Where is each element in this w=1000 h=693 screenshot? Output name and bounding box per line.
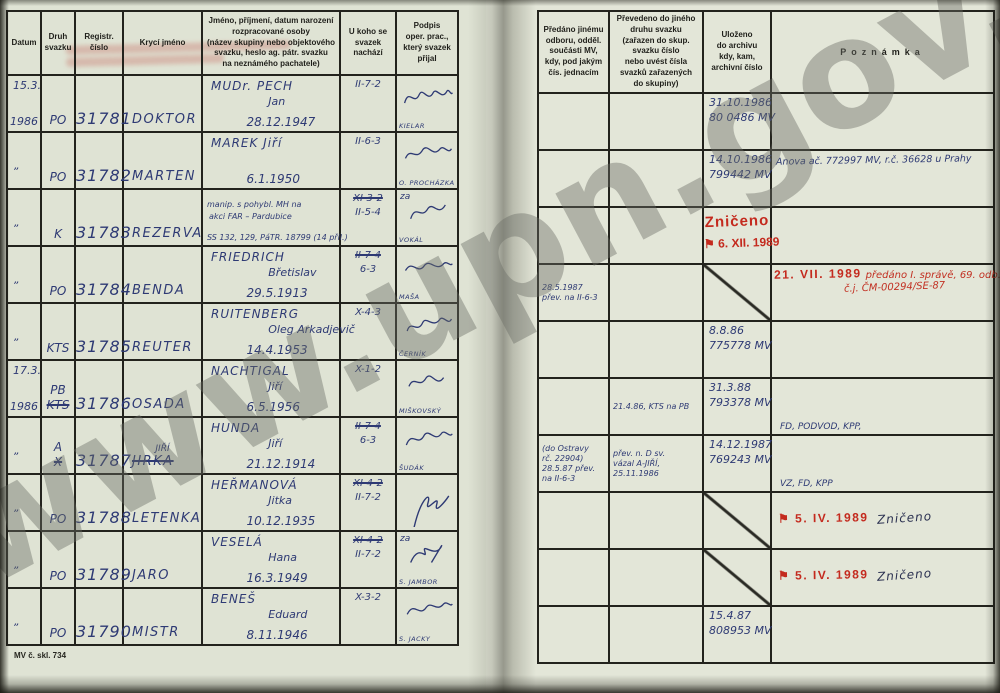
cell-prevedeno: přev. n. D sv.vázal A-JIŘÍ,25.11.1986 (609, 435, 703, 492)
unit-code-struck: XI-4-2 (341, 535, 395, 546)
cell-prevedeno (609, 207, 703, 264)
cell-ulozeno (703, 549, 771, 606)
cell-name: MUDr. PECHJan28.12.1947 (202, 75, 340, 132)
cell-ulozeno: Zničeno⚑ 6. XII. 1989 (703, 207, 771, 264)
cover-name: REUTER (124, 340, 201, 359)
date-stamp: ⚑ 5. IV. 1989 (778, 567, 869, 583)
red-note: předáno I. správě, 69. odb. (866, 270, 1000, 281)
col-header-prevedeno: Převedeno do jiného druhu svazku (zařaze… (609, 11, 703, 93)
ledger-row: ⚑ 5. IV. 1989Zničeno (538, 549, 994, 606)
birthdate: 14.4.1953 (247, 343, 308, 357)
ledger-row: 8.8.86775778 MV (538, 321, 994, 378)
entry-date: „ (14, 216, 20, 229)
transfer-note: rč. 22904) (542, 454, 608, 463)
cell-datum: „ (7, 189, 41, 246)
cell-poznamka: 21. VII. 1989předáno I. správě, 69. odb.… (771, 264, 994, 321)
case-note-line3: SS 132, 129, PáTR. 18799 (14 příl.) (207, 233, 348, 242)
ledger-row: „ KTS 31785 REUTER RUITENBERGOleg Arkadj… (7, 303, 458, 360)
cover-name: MARTEN (124, 169, 201, 188)
ledger-row: Zničeno⚑ 6. XII. 1989 (538, 207, 994, 264)
cell-kryci: DOKTOR (123, 75, 202, 132)
ledger-row: 31.10.198680 0486 MV (538, 93, 994, 150)
cell-podpis: zaS. JAMBOR (396, 531, 458, 588)
archive-number: 769243 MV (709, 453, 770, 466)
ledger-row: „ PO 31788 LETENKA HEŘMANOVÁJitka10.12.1… (7, 474, 458, 531)
col-header-u-koho: U koho se svazek nachází (340, 11, 396, 75)
cell-name: manip. s pohybl. MH naakci FAR – Pardubi… (202, 189, 340, 246)
registration-number: 31786 (76, 394, 122, 416)
cell-ulozeno (703, 492, 771, 549)
cell-prevedeno (609, 93, 703, 150)
scanned-registry-spread: Datum Druh svazku Registr. číslo Krycí j… (0, 0, 1000, 693)
file-type: K (42, 227, 74, 242)
cell-reg: 31782 (75, 132, 123, 189)
cell-druh: PO (41, 246, 75, 303)
cell-poznamka: ⚑ 5. IV. 1989Zničeno (771, 492, 994, 549)
conversion-note: vázal A-JIŘÍ, (613, 459, 702, 468)
birthdate: 6.1.1950 (247, 172, 300, 186)
cell-name: FRIEDRICHBřetislav29.5.1913 (202, 246, 340, 303)
cell-druh: PO (41, 132, 75, 189)
archive-date: 14.10.1986 (709, 153, 770, 166)
cell-ulozeno: 14.12.1987769243 MV (703, 435, 771, 492)
birthdate: 8.11.1946 (247, 628, 308, 642)
surname: NACHTIGAL (211, 364, 290, 378)
cell-prevedeno (609, 150, 703, 207)
signature-name: VOKÁL (399, 236, 423, 244)
cell-podpis: MIŠKOVSKÝ (396, 360, 458, 417)
ledger-row: „ K 31783 REZERVA manip. s pohybl. MH na… (7, 189, 458, 246)
cell-druh: PO (41, 75, 75, 132)
col-header-datum: Datum (7, 11, 41, 75)
ledger-row: 15.3.1986 PO 31781 DOKTOR MUDr. PECHJan2… (7, 75, 458, 132)
firstname: Břetislav (268, 266, 316, 279)
cell-reg: 31781 (75, 75, 123, 132)
entry-date: „ (14, 615, 20, 628)
archive-number: 80 0486 MV (709, 111, 770, 124)
cell-druh: PO (41, 588, 75, 645)
cell-predano (538, 606, 609, 663)
conversion-note: 25.11.1986 (613, 469, 702, 478)
unit-code-struck: XI-4-2 (341, 478, 395, 489)
entry-date: „ (14, 159, 20, 172)
cell-reg: 31789 (75, 531, 123, 588)
cell-poznamka (771, 93, 994, 150)
cell-datum: „ (7, 474, 41, 531)
transfer-note: 28.5.1987 (542, 283, 608, 292)
cell-datum: „ (7, 417, 41, 474)
archive-date: 14.12.1987 (709, 438, 770, 451)
surname: BENEŠ (211, 592, 256, 606)
cell-ulozeno: 14.10.1986799442 MV (703, 150, 771, 207)
surname: HEŘMANOVÁ (211, 478, 298, 492)
cell-podpis (396, 474, 458, 531)
file-type: PO (42, 512, 74, 527)
archive-date: 8.8.86 (709, 324, 770, 337)
cell-name: VESELÁHana16.3.1949 (202, 531, 340, 588)
cell-ulozeno: 31.3.88793378 MV (703, 378, 771, 435)
cell-datum: „ (7, 246, 41, 303)
cover-name-added: JIŘÍ (124, 444, 201, 454)
registration-number: 31789 (76, 565, 122, 587)
cell-name: MAREK Jiří6.1.1950 (202, 132, 340, 189)
file-type: PO (42, 569, 74, 584)
signature-icon (402, 425, 454, 453)
cell-kryci: BENDA (123, 246, 202, 303)
cell-datum: 17.3.1986 (7, 360, 41, 417)
file-type: PB (42, 383, 74, 398)
archive-number: 799442 MV (709, 168, 770, 181)
cell-reg: 31783 (75, 189, 123, 246)
cell-podpis: S. JACKY (396, 588, 458, 645)
file-type: A (42, 440, 74, 455)
cell-ulozeno (703, 264, 771, 321)
surname: FRIEDRICH (211, 250, 285, 264)
cell-name: HUNDAJiří21.12.1914 (202, 417, 340, 474)
cell-ukoho: XI-4-2II-7-2 (340, 474, 396, 531)
ledger-row: (do Ostravyrč. 22904)28.5.87 přev.na II-… (538, 435, 994, 492)
col-header-druh-svazku: Druh svazku (41, 11, 75, 75)
file-type: PO (42, 626, 74, 641)
cell-name: BENEŠEduard8.11.1946 (202, 588, 340, 645)
col-header-registr-cislo: Registr. číslo (75, 11, 123, 75)
signature-icon (402, 596, 454, 624)
cell-name: RUITENBERGOleg Arkadjevič14.4.1953 (202, 303, 340, 360)
cell-name: NACHTIGALJiří6.5.1956 (202, 360, 340, 417)
signature-icon (402, 311, 454, 339)
firstname: Jiří (268, 380, 282, 393)
cover-name: LETENKA (124, 511, 201, 530)
file-type: KTS (42, 341, 74, 356)
file-type: PO (42, 170, 74, 185)
cell-kryci: JARO (123, 531, 202, 588)
cell-ukoho: II-7-2 (340, 75, 396, 132)
cell-predano (538, 492, 609, 549)
cell-druh: K (41, 189, 75, 246)
cell-podpis: zaVOKÁL (396, 189, 458, 246)
date-stamp: 21. VII. 1989 (774, 266, 862, 282)
entry-date: „ (14, 558, 20, 571)
archive-number: 793378 MV (709, 396, 770, 409)
ledger-row: „ PO 31784 BENDA FRIEDRICHBřetislav29.5.… (7, 246, 458, 303)
firstname: Eduard (268, 608, 307, 621)
destroyed-date-stamp: ⚑ 6. XII. 1989 (704, 234, 770, 250)
firstname: Hana (268, 551, 297, 564)
archive-date: 31.10.1986 (709, 96, 770, 109)
birthdate: 29.5.1913 (247, 286, 308, 300)
entry-date: „ (14, 501, 20, 514)
ledger-page-right-layer: Předáno jinému odboru, odděl. součásti M… (486, 0, 1000, 693)
surname: MAREK Jiří (211, 136, 282, 150)
cell-datum: „ (7, 132, 41, 189)
cell-ukoho: X-3-2 (340, 588, 396, 645)
note-bottom: VZ, FD, KPP (780, 479, 833, 489)
cell-poznamka (771, 207, 994, 264)
surname: MUDr. PECH (211, 79, 293, 93)
entry-year: 1986 (10, 400, 38, 413)
ledger-row: „ PO 31790 MISTR BENEŠEduard8.11.1946 X-… (7, 588, 458, 645)
surname: HUNDA (211, 421, 260, 435)
archive-date: 31.3.88 (709, 381, 770, 394)
conversion-note: 21.4.86, KTS na PB (613, 402, 702, 411)
note-top: Anova ač. 772997 MV, r.č. 36628 u Prahy (776, 153, 972, 167)
signature-icon (402, 254, 454, 282)
cell-ulozeno: 31.10.198680 0486 MV (703, 93, 771, 150)
cell-poznamka: Anova ač. 772997 MV, r.č. 36628 u Prahy (771, 150, 994, 207)
cell-predano (538, 207, 609, 264)
unit-code: X-4-3 (341, 307, 395, 318)
firstname: Jitka (268, 494, 292, 507)
cover-name: JARO (124, 568, 201, 587)
form-number: MV č. skl. 734 (14, 651, 66, 660)
cell-kryci: REZERVA (123, 189, 202, 246)
cover-name: OSADA (124, 397, 201, 416)
ledger-row: 17.3.1986 PBKTS 31786 OSADA NACHTIGALJiř… (7, 360, 458, 417)
cover-name-struck: JIRKA (124, 454, 201, 473)
registration-number: 31782 (76, 166, 122, 188)
unit-code-struck: II-7-4 (341, 250, 395, 261)
cell-kryci: MISTR (123, 588, 202, 645)
birthdate: 10.12.1935 (247, 514, 316, 528)
cell-ukoho: XI-4-2II-7-2 (340, 531, 396, 588)
cell-predano (538, 378, 609, 435)
cell-ukoho: II-7-46-3 (340, 246, 396, 303)
signature-icon (402, 83, 454, 111)
signature-name: O. PROCHÁZKA (399, 179, 455, 187)
entry-date: „ (14, 273, 20, 286)
cover-name: MISTR (124, 625, 201, 644)
cell-prevedeno (609, 549, 703, 606)
cell-ukoho: X-1-2 (340, 360, 396, 417)
cell-druh: KTS (41, 303, 75, 360)
archive-number: 775778 MV (709, 339, 770, 352)
registration-number: 31784 (76, 280, 122, 302)
cell-predano (538, 549, 609, 606)
signature-name: MIŠKOVSKÝ (399, 407, 441, 415)
cell-datum: „ (7, 531, 41, 588)
cell-kryci: OSADA (123, 360, 202, 417)
cell-ukoho: X-4-3 (340, 303, 396, 360)
table-header-right: Předáno jinému odboru, odděl. součásti M… (538, 11, 994, 93)
cell-kryci: MARTEN (123, 132, 202, 189)
signature-icon (402, 539, 454, 567)
archive-number: 808953 MV (709, 624, 770, 637)
file-type: PO (42, 284, 74, 299)
cell-podpis: ČERNÍK (396, 303, 458, 360)
cell-kryci: JIŘÍJIRKA (123, 417, 202, 474)
ledger-row: ⚑ 5. IV. 1989Zničeno (538, 492, 994, 549)
note-bottom: FD, PODVOD, KPP, (780, 422, 862, 432)
entry-date: 15.3. (13, 79, 41, 92)
cover-name: BENDA (124, 283, 201, 302)
col-header-ulozeno: Uloženo do archivu kdy, kam, archivní čí… (703, 11, 771, 93)
cover-name: REZERVA (124, 226, 201, 245)
cell-podpis: MAŠA (396, 246, 458, 303)
ledger-row: „ AX 31787 JIŘÍJIRKA HUNDAJiří21.12.1914… (7, 417, 458, 474)
case-note-line2: akci FAR – Pardubice (209, 212, 292, 221)
diagonal-strike (704, 265, 770, 320)
file-type-struck: KTS (42, 398, 74, 413)
transfer-note: 28.5.87 přev. (542, 464, 608, 473)
unit-code: 6-3 (341, 435, 395, 446)
registration-number: 31787 (76, 451, 122, 473)
red-note-line2: č.j. ČM-00294/SE-87 (844, 280, 946, 295)
cell-reg: 31784 (75, 246, 123, 303)
ledger-row: „ PO 31782 MARTEN MAREK Jiří6.1.1950 II-… (7, 132, 458, 189)
entry-date: „ (14, 330, 20, 343)
cell-kryci: REUTER (123, 303, 202, 360)
cell-ukoho: II-7-46-3 (340, 417, 396, 474)
cell-predano (538, 150, 609, 207)
surname: VESELÁ (211, 535, 263, 549)
cell-reg: 31787 (75, 417, 123, 474)
cell-datum: „ (7, 588, 41, 645)
cell-podpis: KIELAR (396, 75, 458, 132)
destroyed-handwritten: Zničeno (876, 566, 932, 584)
cell-prevedeno: 21.4.86, KTS na PB (609, 378, 703, 435)
cell-predano (538, 93, 609, 150)
birthdate: 16.3.1949 (247, 571, 308, 585)
birthdate: 28.12.1947 (247, 115, 316, 129)
cover-name: DOKTOR (124, 112, 201, 131)
cell-prevedeno (609, 606, 703, 663)
cell-name: HEŘMANOVÁJitka10.12.1935 (202, 474, 340, 531)
signature-name: MAŠA (399, 293, 420, 301)
diagonal-strike (704, 550, 770, 605)
cell-reg: 31788 (75, 474, 123, 531)
unit-code: II-7-2 (341, 549, 395, 560)
note-line: ⚑ 5. IV. 1989Zničeno (778, 568, 932, 582)
signature-name: S. JACKY (399, 635, 430, 643)
unit-code: II-7-2 (341, 79, 395, 90)
cell-podpis: ŠUDÁK (396, 417, 458, 474)
cell-kryci: LETENKA (123, 474, 202, 531)
archive-date: 15.4.87 (709, 609, 770, 622)
destroyed-handwritten: Zničeno (876, 509, 932, 527)
ledger-row: 28.5.1987přev. na II-6-3 21. VII. 1989př… (538, 264, 994, 321)
unit-code: 6-3 (341, 264, 395, 275)
signature-name: KIELAR (399, 122, 425, 130)
col-header-kryci-jmeno: Krycí jméno (123, 11, 202, 75)
file-type-struck: X (42, 455, 74, 470)
cell-poznamka (771, 606, 994, 663)
col-header-poznamka: Poznámka (771, 11, 994, 93)
registry-table-right: Předáno jinému odboru, odděl. součásti M… (537, 10, 995, 664)
cell-reg: 31790 (75, 588, 123, 645)
col-header-predano: Předáno jinému odboru, odděl. součásti M… (538, 11, 609, 93)
cell-druh: PO (41, 531, 75, 588)
cell-reg: 31785 (75, 303, 123, 360)
date-stamp: ⚑ 5. IV. 1989 (778, 510, 869, 526)
destroyed-stamp: Zničeno (704, 211, 771, 230)
cell-prevedeno (609, 264, 703, 321)
unit-code-struck: II-7-4 (341, 421, 395, 432)
birthdate: 21.12.1914 (247, 457, 316, 471)
unit-code: X-3-2 (341, 592, 395, 603)
firstname: Jan (268, 95, 285, 108)
firstname: Jiří (268, 437, 282, 450)
signature-icon (402, 140, 454, 168)
cell-prevedeno (609, 321, 703, 378)
cell-druh: AX (41, 417, 75, 474)
col-header-jmeno-prijmeni: Jméno, příjmení, datum narození rozpraco… (202, 11, 340, 75)
cell-ulozeno: 8.8.86775778 MV (703, 321, 771, 378)
transfer-note: na II-6-3 (542, 474, 608, 483)
transfer-note: (do Ostravy (542, 444, 608, 453)
cell-druh: PO (41, 474, 75, 531)
cell-poznamka (771, 321, 994, 378)
table-header-left: Datum Druh svazku Registr. číslo Krycí j… (7, 11, 458, 75)
cell-reg: 31786 (75, 360, 123, 417)
ledger-row: „ PO 31789 JARO VESELÁHana16.3.1949 XI-4… (7, 531, 458, 588)
registration-number: 31788 (76, 508, 122, 530)
unit-code-struck: XI-3-2 (341, 193, 395, 204)
cell-predano (538, 321, 609, 378)
signature-name: S. JAMBOR (399, 578, 438, 586)
cell-predano: (do Ostravyrč. 22904)28.5.87 přev.na II-… (538, 435, 609, 492)
cell-druh: PBKTS (41, 360, 75, 417)
ledger-row: 21.4.86, KTS na PB 31.3.88793378 MV FD, … (538, 378, 994, 435)
cell-datum: 15.3.1986 (7, 75, 41, 132)
signature-name: ŠUDÁK (399, 464, 424, 472)
cell-poznamka: ⚑ 5. IV. 1989Zničeno (771, 549, 994, 606)
entry-date: 17.3. (13, 364, 41, 377)
cell-prevedeno (609, 492, 703, 549)
birthdate: 6.5.1956 (247, 400, 300, 414)
unit-code: II-6-3 (341, 136, 395, 147)
signature-name: ČERNÍK (399, 350, 426, 358)
unit-code: X-1-2 (341, 364, 395, 375)
note-line: 21. VII. 1989předáno I. správě, 69. odb. (774, 267, 1000, 281)
cell-poznamka: VZ, FD, KPP (771, 435, 994, 492)
conversion-note: přev. n. D sv. (613, 449, 702, 458)
signature-icon (402, 477, 454, 527)
note-line: ⚑ 5. IV. 1989Zničeno (778, 511, 932, 525)
unit-code: II-7-2 (341, 492, 395, 503)
registration-number: 31783 (76, 223, 122, 245)
cell-podpis: O. PROCHÁZKA (396, 132, 458, 189)
transfer-note: přev. na II-6-3 (542, 293, 608, 302)
case-note-line1: manip. s pohybl. MH na (207, 200, 301, 209)
cell-predano: 28.5.1987přev. na II-6-3 (538, 264, 609, 321)
surname: RUITENBERG (211, 307, 299, 321)
ledger-row: 15.4.87808953 MV (538, 606, 994, 663)
cell-poznamka: FD, PODVOD, KPP, (771, 378, 994, 435)
cell-ukoho: XI-3-2II-5-4 (340, 189, 396, 246)
registry-table-left: Datum Druh svazku Registr. číslo Krycí j… (6, 10, 459, 646)
ledger-row: 14.10.1986799442 MV Anova ač. 772997 MV,… (538, 150, 994, 207)
signature-icon (402, 368, 454, 396)
cell-datum: „ (7, 303, 41, 360)
registration-number: 31785 (76, 337, 122, 359)
registration-number: 31790 (76, 622, 122, 644)
entry-date: „ (14, 444, 20, 457)
entry-year: 1986 (10, 115, 38, 128)
diagonal-strike (704, 493, 770, 548)
registration-number: 31781 (76, 109, 122, 131)
unit-code: II-5-4 (341, 207, 395, 218)
cell-ukoho: II-6-3 (340, 132, 396, 189)
cell-ulozeno: 15.4.87808953 MV (703, 606, 771, 663)
signature-icon (402, 197, 454, 225)
file-type: PO (42, 113, 74, 128)
col-header-podpis: Podpis oper. prac., který svazek přijal (396, 11, 458, 75)
